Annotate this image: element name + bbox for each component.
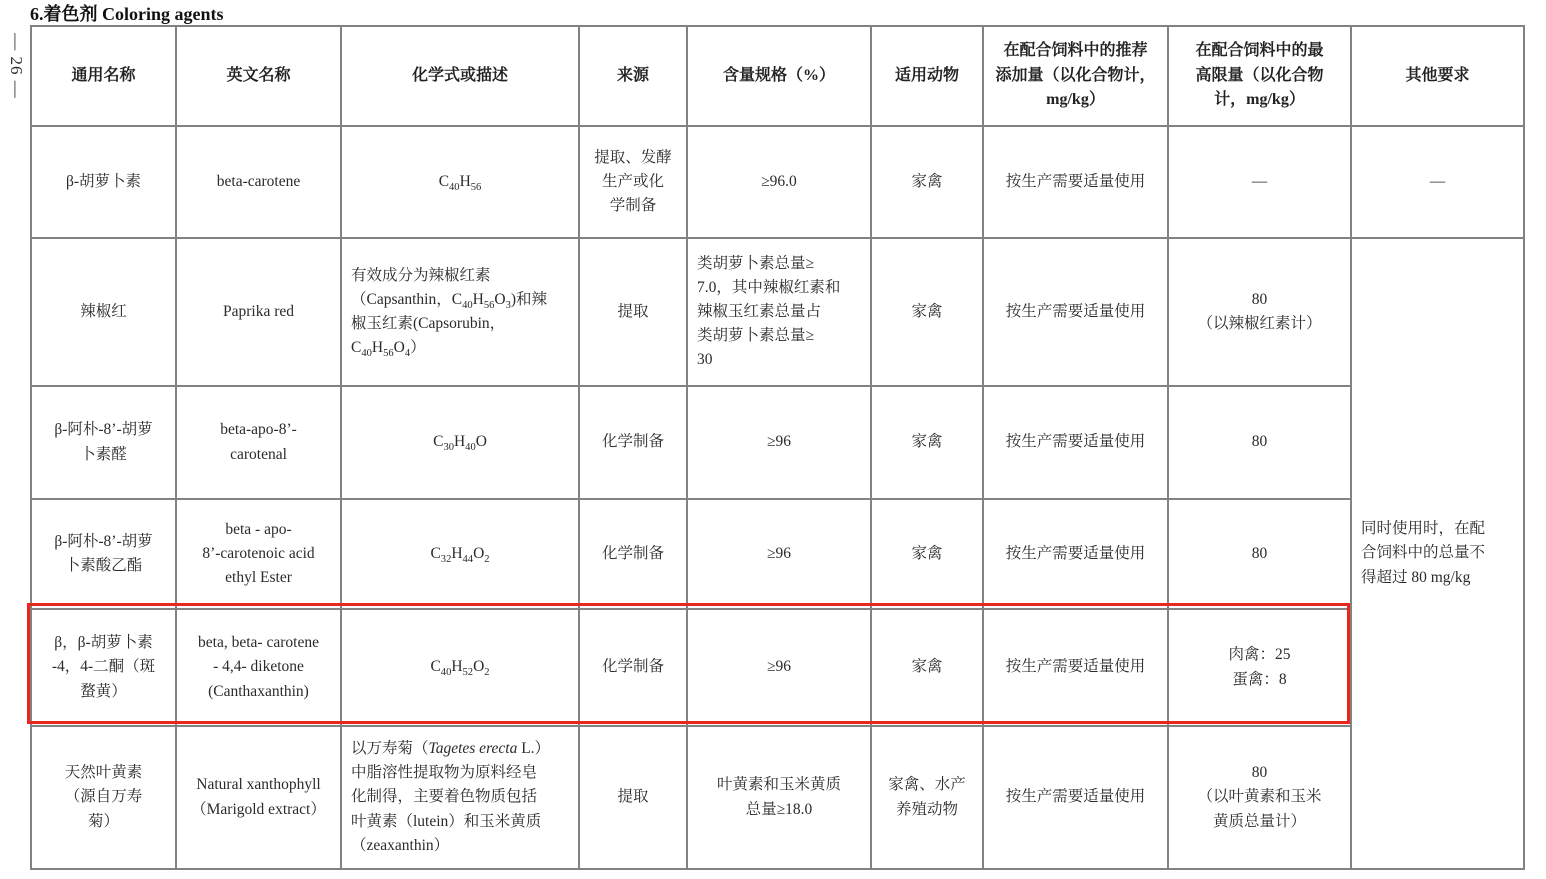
table-cell: β，β-胡萝卜素-4，4-二酮（斑蝥黄） [31,609,176,726]
table-cell: Paprika red [176,238,341,386]
table-cell: 肉禽：25蛋禽：8 [1168,609,1351,726]
table-cell: beta-apo-8’-carotenal [176,386,341,499]
section-title: 6.着色剂 Coloring agents [30,0,224,26]
table-cell: 家禽 [871,126,983,238]
table-cell: 按生产需要适量使用 [983,726,1168,869]
column-header: 适用动物 [871,26,983,126]
table-cell: ≥96.0 [687,126,871,238]
table-cell: 家禽、水产养殖动物 [871,726,983,869]
table-cell: beta - apo-8’-carotenoic acidethyl Ester [176,499,341,609]
table-cell: beta-carotene [176,126,341,238]
table-cell: — [1351,126,1524,238]
table-cell: C40H52O2 [341,609,579,726]
table-cell: C30H40O [341,386,579,499]
table-cell: 辣椒红 [31,238,176,386]
table-cell: 家禽 [871,499,983,609]
table-cell: 提取 [579,238,687,386]
table-cell: 提取、发酵生产或化学制备 [579,126,687,238]
table-cell: 家禽 [871,238,983,386]
column-header: 在配合饲料中的推荐添加量（以化合物计，mg/kg） [983,26,1168,126]
table-cell: β-胡萝卜素 [31,126,176,238]
table-cell: β-阿朴-8’-胡萝卜素醛 [31,386,176,499]
table-cell: C32H44O2 [341,499,579,609]
table-cell: 按生产需要适量使用 [983,609,1168,726]
table-cell: 家禽 [871,386,983,499]
column-header: 来源 [579,26,687,126]
table-body: β-胡萝卜素beta-caroteneC40H56提取、发酵生产或化学制备≥96… [31,126,1524,869]
column-header: 含量规格（%） [687,26,871,126]
column-header: 英文名称 [176,26,341,126]
table-cell: 按生产需要适量使用 [983,386,1168,499]
column-header: 化学式或描述 [341,26,579,126]
table-cell: ≥96 [687,386,871,499]
table-cell: 有效成分为辣椒红素（Capsanthin，C40H56O3)和辣椒玉红素(Cap… [341,238,579,386]
table-row-highlighted: β，β-胡萝卜素-4，4-二酮（斑蝥黄）beta, beta- carotene… [31,609,1524,726]
table-cell: 以万寿菊（Tagetes erecta L.）中脂溶性提取物为原料经皂化制得，主… [341,726,579,869]
table-cell: 类胡萝卜素总量≥7.0，其中辣椒红素和辣椒玉红素总量占类胡萝卜素总量≥30 [687,238,871,386]
table-row: 辣椒红Paprika red有效成分为辣椒红素（Capsanthin，C40H5… [31,238,1524,386]
column-header: 通用名称 [31,26,176,126]
document-page: — 26 — 6.着色剂 Coloring agents 通用名称英文名称化学式… [0,0,1546,879]
table-cell: 80（以辣椒红素计） [1168,238,1351,386]
table-row: β-胡萝卜素beta-caroteneC40H56提取、发酵生产或化学制备≥96… [31,126,1524,238]
table-cell: C40H56 [341,126,579,238]
table-cell: 化学制备 [579,609,687,726]
table-cell: 叶黄素和玉米黄质总量≥18.0 [687,726,871,869]
table-cell: 80（以叶黄素和玉米黄质总量计） [1168,726,1351,869]
table-cell: ≥96 [687,609,871,726]
table-cell: 80 [1168,386,1351,499]
page-number: — 26 — [4,1,26,131]
column-header: 其他要求 [1351,26,1524,126]
table-cell: 提取 [579,726,687,869]
table-cell: 化学制备 [579,499,687,609]
table-cell: beta, beta- carotene- 4,4- diketone(Cant… [176,609,341,726]
table-header-row: 通用名称英文名称化学式或描述来源含量规格（%）适用动物在配合饲料中的推荐添加量（… [31,26,1524,126]
table-cell: β-阿朴-8’-胡萝卜素酸乙酯 [31,499,176,609]
table-row: β-阿朴-8’-胡萝卜素醛beta-apo-8’-carotenalC30H40… [31,386,1524,499]
table-cell: 按生产需要适量使用 [983,126,1168,238]
table-cell: Natural xanthophyll（Marigold extract） [176,726,341,869]
table-cell: 同时使用时，在配合饲料中的总量不得超过 80 mg/kg [1351,238,1524,869]
coloring-agents-table: 通用名称英文名称化学式或描述来源含量规格（%）适用动物在配合饲料中的推荐添加量（… [30,25,1525,870]
table-cell: — [1168,126,1351,238]
table-cell: 按生产需要适量使用 [983,499,1168,609]
table-row: β-阿朴-8’-胡萝卜素酸乙酯beta - apo-8’-carotenoic … [31,499,1524,609]
table-cell: 80 [1168,499,1351,609]
table-row: 天然叶黄素（源自万寿菊）Natural xanthophyll（Marigold… [31,726,1524,869]
table-cell: 化学制备 [579,386,687,499]
column-header: 在配合饲料中的最高限量（以化合物计，mg/kg） [1168,26,1351,126]
table-cell: ≥96 [687,499,871,609]
table-cell: 家禽 [871,609,983,726]
table-cell: 按生产需要适量使用 [983,238,1168,386]
table-cell: 天然叶黄素（源自万寿菊） [31,726,176,869]
